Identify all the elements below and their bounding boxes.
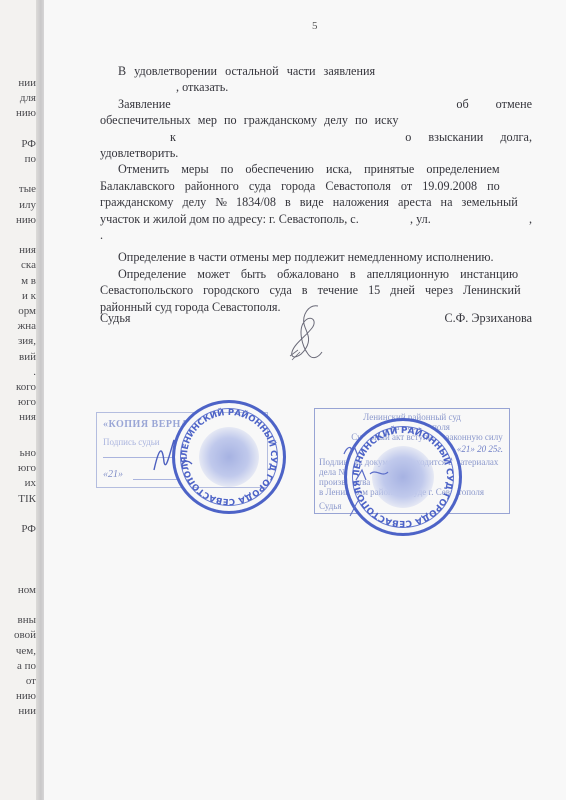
text-line: Определение может быть обжаловано в апел… xyxy=(118,266,532,282)
paragraph-immediate-execution: Определение в части отмены мер подлежит … xyxy=(118,249,532,265)
margin-fragment: а по xyxy=(0,659,36,674)
margin-fragment: вий xyxy=(0,350,36,365)
paragraph-satisfy: Заявлениеоб отмене обеспечительных мер п… xyxy=(118,96,532,162)
margin-fragment: . xyxy=(0,365,36,380)
document-body: В удовлетворении остальной части заявлен… xyxy=(118,63,532,315)
margin-fragment: от xyxy=(0,674,36,689)
paragraph-cancel-measures: Отменить меры по обеспечению иска, приня… xyxy=(118,161,532,243)
court-seal-left: ЛЕНИНСКИЙ РАЙОННЫЙ СУД ГОРОДА СЕВАСТОПОЛ… xyxy=(172,400,286,514)
margin-fragment: жна xyxy=(0,319,36,334)
text-line: , xyxy=(529,211,532,227)
margin-fragment: м в xyxy=(0,274,36,289)
text-line: о взыскании долга, xyxy=(405,129,532,145)
margin-fragment: кого xyxy=(0,380,36,395)
text-line: об отмене xyxy=(456,96,532,112)
margin-fragment: орм xyxy=(0,304,36,319)
stamp-date-day: «21» xyxy=(103,469,123,480)
text-line: . xyxy=(100,227,532,243)
margin-fragment: их xyxy=(0,476,36,491)
text-line: Отменить меры по обеспечению иска, приня… xyxy=(118,161,532,177)
margin-fragment: ния xyxy=(0,410,36,425)
judge-name: С.Ф. Эрзиханова xyxy=(445,311,533,326)
margin-fragment: ном xyxy=(0,583,36,598)
text-line: участок и жилой дом по адресу: г. Севаст… xyxy=(100,211,359,227)
margin-fragment: по xyxy=(0,152,36,167)
handwritten-signature xyxy=(282,302,332,364)
margin-fragment: нию xyxy=(0,106,36,121)
margin-fragment: илу xyxy=(0,198,36,213)
text-line: , ул. xyxy=(410,211,431,227)
text-line: Балаклавского районного суда города Сева… xyxy=(100,178,532,194)
margin-fragment: ьно xyxy=(0,446,36,461)
margin-fragment: овой xyxy=(0,628,36,643)
margin-fragment: нии xyxy=(0,76,36,91)
judge-label: Судья xyxy=(100,311,131,326)
svg-text:ЛЕНИНСКИЙ РАЙОННЫЙ СУД ГОРОДА: ЛЕНИНСКИЙ РАЙОННЫЙ СУД ГОРОДА СЕВАСТОПОЛ… xyxy=(180,406,279,506)
margin-fragment: нии xyxy=(0,704,36,719)
margin-fragment: чем, xyxy=(0,644,36,659)
paragraph-refusal: В удовлетворении остальной части заявлен… xyxy=(118,63,532,96)
margin-fragment: РФ xyxy=(0,522,36,537)
page-number: 5 xyxy=(312,20,318,32)
margin-fragment: РФ xyxy=(0,137,36,152)
text-line: гражданскому делу № 1834/08 в виде налож… xyxy=(100,194,532,210)
margin-fragment: тые xyxy=(0,182,36,197)
text-line: , отказать. xyxy=(118,79,532,95)
margin-fragment: вны xyxy=(0,613,36,628)
stamp-line: Судья xyxy=(319,501,342,511)
margin-fragment: юго xyxy=(0,395,36,410)
margin-fragment: ска xyxy=(0,258,36,273)
text-line: Заявление xyxy=(118,96,171,112)
margin-fragment: нию xyxy=(0,689,36,704)
margin-fragment: юго xyxy=(0,461,36,476)
text-line: удовлетворить. xyxy=(100,145,532,161)
margin-fragment: и к xyxy=(0,289,36,304)
text-line: обеспечительных мер по гражданскому делу… xyxy=(100,112,532,128)
text-line: Определение в части отмены мер подлежит … xyxy=(118,249,532,265)
text-line: Севастопольского городского суда в течен… xyxy=(100,282,532,298)
margin-fragment: нию xyxy=(0,213,36,228)
text-line: к xyxy=(100,129,176,145)
margin-fragment: зия, xyxy=(0,334,36,349)
margin-fragment: ТІК xyxy=(0,492,36,507)
text-line: В удовлетворении остальной части заявлен… xyxy=(118,63,532,79)
handwritten-stamp-annotations xyxy=(340,440,430,520)
margin-fragment: для xyxy=(0,91,36,106)
seal-text: ЛЕНИНСКИЙ РАЙОННЫЙ СУД ГОРОДА СЕВАСТОПОЛ… xyxy=(180,406,279,506)
margin-fragment: ния xyxy=(0,243,36,258)
